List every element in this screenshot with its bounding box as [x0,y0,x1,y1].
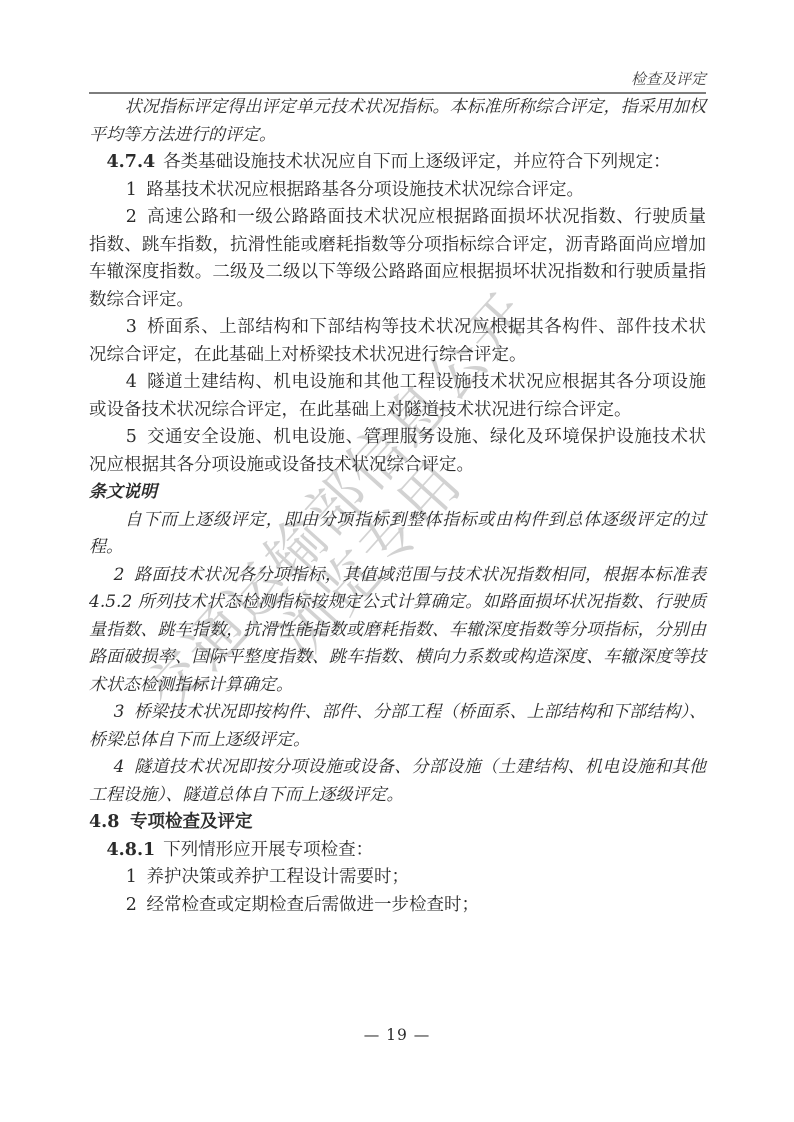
clause-4-7-4-text: 各类基础设施技术状况应自下而上逐级评定，并应符合下列规定： [163,152,671,172]
clause-4-8-1-item-2: 2经常检查或定期检查后需做进一步检查时； [89,892,706,920]
commentary-paragraph-3: 3桥梁技术状况即按构件、部件、分部工程（桥面系、上部结构和下部结构）、桥梁总体自… [89,699,706,754]
paragraph-text: 桥梁技术状况即按构件、部件、分部工程（桥面系、上部结构和下部结构）、桥梁总体自下… [89,702,706,750]
paragraph-number: 3 [114,702,125,722]
commentary-paragraph-2: 2路面技术状况各分项指标，其值域范围与技术状况指数相同，根据本标准表 4.5.2… [89,562,706,700]
clause-4-7-4-item-2: 2高速公路和一级公路路面技术状况应根据路面损坏状况指数、行驶质量指数、跳车指数，… [89,204,706,314]
item-text: 交通安全设施、机电设施、管理服务设施、绿化及环境保护设施技术状况应根据其各分项设… [89,427,706,475]
item-number: 1 [126,867,137,887]
item-text: 隧道土建结构、机电设施和其他工程设施技术状况应根据其各分项设施或设备技术状况综合… [89,372,706,420]
item-number: 2 [126,207,137,227]
running-header: 检查及评定 [89,70,706,94]
item-number: 5 [126,427,137,447]
clause-4-7-4: 4.7.4各类基础设施技术状况应自下而上逐级评定，并应符合下列规定： [89,149,706,177]
paragraph-number: 2 [114,565,125,585]
section-4-8-title: 专项检查及评定 [130,812,253,832]
intro-paragraph: 状况指标评定得出评定单元技术状况指标。本标准所称综合评定，指采用加权平均等方法进… [89,94,706,149]
paragraph-text: 隧道技术状况即按分项设施或设备、分部设施（土建结构、机电设施和其他工程设施）、隧… [89,757,706,805]
item-text: 高速公路和一级公路路面技术状况应根据路面损坏状况指数、行驶质量指数、跳车指数，抗… [89,207,706,310]
item-number: 4 [126,372,137,392]
clause-4-7-4-item-3: 3桥面系、上部结构和下部结构等技术状况应根据其各构件、部件技术状况综合评定，在此… [89,314,706,369]
running-header-title: 检查及评定 [631,70,706,88]
clause-4-7-4-item-5: 5交通安全设施、机电设施、管理服务设施、绿化及环境保护设施技术状况应根据其各分项… [89,424,706,479]
clause-4-8-1-number: 4.8.1 [107,840,156,860]
item-text: 路基技术状况应根据路基各分项设施技术状况综合评定。 [147,180,585,200]
clause-4-8-1-text: 下列情形应开展专项检查： [163,840,373,860]
commentary-heading: 条文说明 [89,479,706,507]
item-text: 经常检查或定期检查后需做进一步检查时； [147,895,480,915]
clause-4-8-1: 4.8.1下列情形应开展专项检查： [89,837,706,865]
item-text: 桥面系、上部结构和下部结构等技术状况应根据其各构件、部件技术状况综合评定，在此基… [89,317,706,365]
document-page: 交通运输部信息公开 浏览专用 检查及评定 状况指标评定得出评定单元技术状况指标。… [0,0,794,1122]
item-number: 2 [126,895,137,915]
section-4-8-number: 4.8 [89,812,119,832]
page-content: 检查及评定 状况指标评定得出评定单元技术状况指标。本标准所称综合评定，指采用加权… [89,70,706,919]
section-4-8-heading: 4.8专项检查及评定 [89,809,706,837]
item-number: 3 [126,317,137,337]
clause-4-8-1-item-1: 1养护决策或养护工程设计需要时； [89,864,706,892]
commentary-paragraph-4: 4隧道技术状况即按分项设施或设备、分部设施（土建结构、机电设施和其他工程设施）、… [89,754,706,809]
paragraph-number: 4 [114,757,125,777]
clause-4-7-4-number: 4.7.4 [107,152,156,172]
commentary-paragraph-1: 自下而上逐级评定，即由分项指标到整体指标或由构件到总体逐级评定的过程。 [89,507,706,562]
clause-4-7-4-item-4: 4隧道土建结构、机电设施和其他工程设施技术状况应根据其各分项设施或设备技术状况综… [89,369,706,424]
item-number: 1 [126,180,137,200]
clause-4-7-4-item-1: 1路基技术状况应根据路基各分项设施技术状况综合评定。 [89,177,706,205]
paragraph-text: 路面技术状况各分项指标，其值域范围与技术状况指数相同，根据本标准表 4.5.2 … [89,565,706,695]
item-text: 养护决策或养护工程设计需要时； [147,867,410,887]
page-number: — 19 — [0,1026,794,1044]
